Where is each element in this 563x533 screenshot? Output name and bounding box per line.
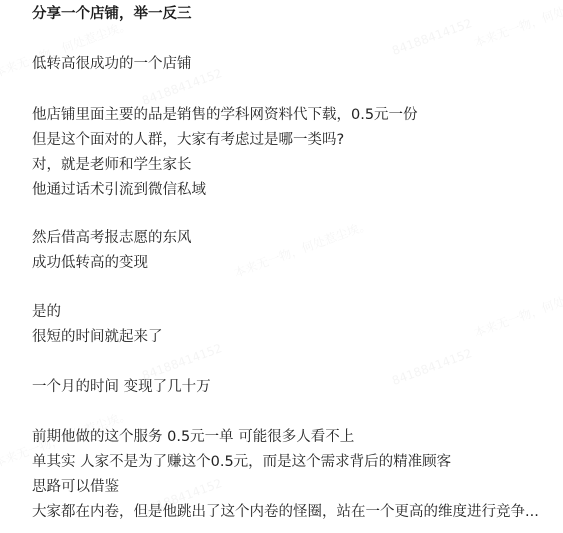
text-line: 思路可以借鉴 — [32, 477, 119, 497]
watermark: 本来无一物，何处惹尘埃。 — [231, 216, 372, 281]
text-line: 是的 — [32, 302, 61, 322]
text-line: 低转高很成功的一个店铺 — [32, 54, 192, 74]
post-title: 分享一个店铺，举一反三 — [32, 4, 192, 24]
text-line: 他通过话术引流到微信私域 — [32, 180, 206, 200]
text-line: 他店铺里面主要的品是销售的学科网资料代下载，0.5元一份 — [32, 105, 418, 125]
text-line: 大家都在内卷，但是他跳出了这个内卷的怪圈，站在一个更高的维度进行竞争... — [32, 502, 539, 522]
text-line: 对，就是老师和学生家长 — [32, 155, 192, 175]
watermark: 84188414152 — [390, 346, 474, 388]
text-line: 成功低转高的变现 — [32, 253, 148, 273]
text-line: 前期他做的这个服务 0.5元一单 可能很多人看不上 — [32, 427, 354, 447]
watermark: 84188414152 — [390, 16, 474, 58]
text-line: 单其实 人家不是为了赚这个0.5元，而是这个需求背后的精准顾客 — [32, 452, 451, 472]
text-line: 但是这个面对的人群，大家有考虑过是哪一类吗? — [32, 130, 344, 150]
text-line: 一个月的时间 变现了几十万 — [32, 377, 211, 397]
text-line: 很短的时间就起来了 — [32, 327, 163, 347]
text-line: 然后借高考报志愿的东风 — [32, 228, 192, 248]
watermark: 本来无一物，何处惹尘埃。 — [471, 276, 563, 341]
watermark: 本来无一物，何处惹尘埃。 — [471, 0, 563, 51]
